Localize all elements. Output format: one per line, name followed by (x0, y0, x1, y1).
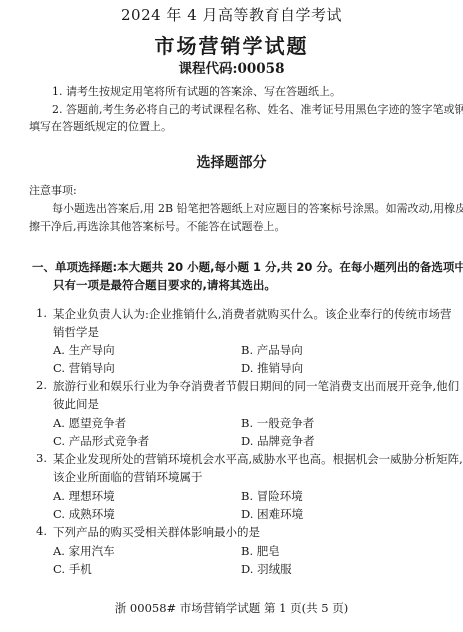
subject-title: 市场营销学试题 (0, 30, 463, 59)
option-a: A. 家用汽车 (53, 543, 115, 559)
option-d: D. 羽绒服 (241, 561, 292, 577)
option-b: B. 产品导向 (241, 342, 303, 358)
option-d: D. 品牌竞争者 (241, 433, 315, 449)
question-number: 4. (36, 524, 47, 538)
option-d: D. 推销导向 (241, 360, 303, 376)
part-one-heading-cont: 只有一项是最符合题目要求的,请将其选出。 (53, 277, 276, 293)
question-text: 旅游行业和娱乐行业为争夺消费者节假日期间的同一笔消费支出而展开竞争,他们 (53, 378, 459, 394)
question-text-cont: 该企业所面临的营销环境属于 (53, 469, 203, 485)
question-number: 3. (36, 451, 47, 465)
option-a: A. 生产导向 (53, 342, 115, 358)
question-number: 2. (36, 378, 47, 392)
notes-line-1: 每小题选出答案后,用 2B 铅笔把答题纸上对应题目的答案标号涂黑。如需改动,用橡… (52, 200, 463, 216)
question-text: 某企业负责人认为:企业推销什么,消费者就购买什么。该企业奉行的传统市场营 (53, 306, 452, 322)
part-one-heading: 一、单项选择题:本大题共 20 小题,每小题 1 分,共 20 分。在每小题列出… (32, 259, 463, 275)
question-text-cont: 销哲学是 (53, 324, 99, 340)
notes-line-2: 擦干净后,再选涂其他答案标号。不能答在试题卷上。 (29, 218, 286, 234)
option-c: C. 手机 (53, 561, 92, 577)
option-c: C. 营销导向 (53, 360, 115, 376)
section-title: 选择题部分 (0, 152, 463, 172)
question-text: 下列产品的购买受相关群体影响最小的是 (53, 524, 260, 540)
option-d: D. 困难环境 (241, 506, 303, 522)
page-footer: 浙 00058# 市场营销学试题 第 1 页(共 5 页) (0, 600, 463, 616)
option-b: B. 肥皂 (241, 543, 280, 559)
instruction-2-cont: 填写在答题纸规定的位置上。 (29, 118, 172, 134)
option-a: A. 愿望竞争者 (53, 415, 126, 431)
option-b: B. 冒险环境 (241, 488, 303, 504)
instruction-1: 1. 请考生按规定用笔将所有试题的答案涂、写在答题纸上。 (52, 83, 341, 99)
option-b: B. 一般竞争者 (241, 415, 314, 431)
question-text-cont: 彼此间是 (53, 396, 99, 412)
exam-title: 2024 年 4 月高等教育自学考试 (0, 4, 463, 25)
notes-label: 注意事项: (29, 182, 77, 198)
option-c: C. 成熟环境 (53, 506, 115, 522)
option-c: C. 产品形式竞争者 (53, 433, 149, 449)
question-text: 某企业发现所处的营销环境机会水平高,威胁水平也高。根据机会一威胁分析矩阵, (53, 451, 463, 467)
instruction-2: 2. 答题前,考生务必将自己的考试课程名称、姓名、准考证号用黑色字迹的签字笔或钢… (52, 101, 463, 117)
course-code: 课程代码:00058 (0, 57, 463, 77)
question-number: 1. (36, 306, 47, 320)
option-a: A. 理想环境 (53, 488, 115, 504)
